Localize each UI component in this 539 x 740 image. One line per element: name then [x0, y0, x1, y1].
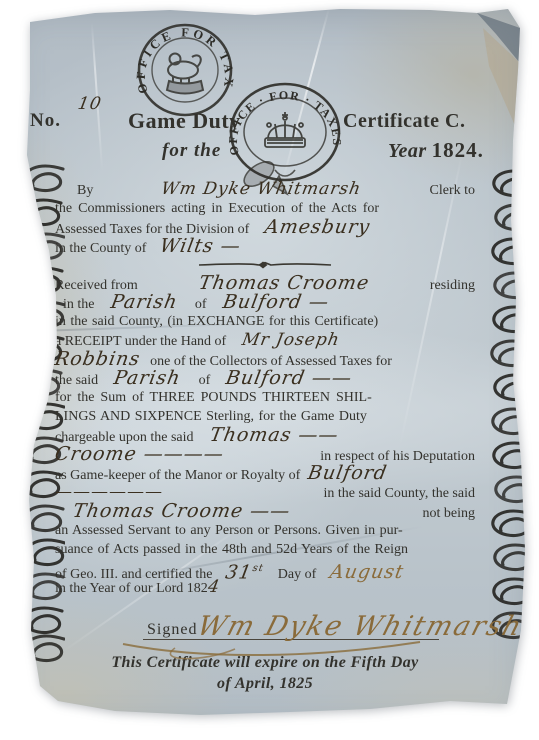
month-handwritten: August	[329, 563, 406, 582]
year-digit-handwritten: 4	[206, 578, 221, 597]
parish-line: in the Parish of Bulford —	[55, 293, 475, 312]
lion-crest-icon	[167, 54, 203, 94]
servant-text1: an Assessed Servant to any Person or Per…	[55, 521, 403, 540]
clerk-label: Clerk.	[524, 621, 539, 639]
collector-first-handwritten: Mr Joseph	[241, 331, 342, 350]
not-being-line: Thomas Croome —— not being	[55, 502, 475, 521]
signed-label: Signed	[147, 621, 197, 639]
year-word: Year	[388, 140, 427, 162]
county-line: in the County of Wilts —	[55, 237, 475, 256]
right-scrollwork-border	[486, 168, 534, 648]
residing-label: residing	[430, 276, 475, 295]
payer-first-handwritten: Thomas ——	[208, 426, 340, 445]
clerk-name-handwritten: Wm Dyke Whitmarsh	[92, 180, 432, 199]
clerk-to-label: Clerk to	[430, 181, 476, 200]
swelled-rule-icon	[195, 260, 335, 270]
not-being-text: not being	[423, 504, 476, 523]
certificate-body: By Wm Dyke Whitmarsh Clerk to the Commis…	[55, 180, 475, 694]
place2-handwritten: Bulford ——	[225, 369, 354, 388]
expiry-line2: of April, 1825	[55, 673, 475, 694]
day-suffix: st	[252, 563, 265, 574]
payer-last-handwritten: Croome ————	[53, 445, 225, 464]
parish-handwritten: Parish	[109, 293, 179, 312]
day-number: 31	[224, 561, 254, 583]
certificate-number-value: 10	[76, 94, 103, 114]
year-line: in the Year of our Lord 182 4	[55, 578, 475, 597]
clerk-signature: Wm Dyke Whitmarsh	[194, 611, 527, 642]
servant-line2: suance of Acts passed in the 48th and 52…	[55, 540, 475, 559]
certificate-class: Certificate C.	[343, 110, 466, 133]
gamekeeper-line: as Game-keeper of the Manor or Royalty o…	[55, 464, 475, 483]
subtitle-year: Year 1824.	[388, 138, 484, 163]
division-handwritten: Amesbury	[264, 218, 372, 237]
place-handwritten: Bulford —	[221, 293, 330, 312]
paper-sheet: OFFICE FOR TAXES OFFICE · FOR · TAXES	[0, 0, 539, 740]
servant-line1: an Assessed Servant to any Person or Per…	[55, 521, 475, 540]
subtitle-for-the: for the	[162, 140, 221, 162]
deputation-line: Croome ———— in respect of his Deputation	[55, 445, 475, 464]
day-handwritten: 31st	[224, 559, 265, 582]
by-label: By	[55, 181, 93, 200]
exchange-line: in the said County, (in EXCHANGE for thi…	[55, 312, 475, 331]
crown-icon	[265, 112, 305, 147]
payer-full-handwritten: Thomas Croome ——	[71, 502, 292, 521]
county-label: in the County of	[55, 239, 146, 258]
division-line: Assessed Taxes for the Division of Amesb…	[55, 218, 475, 237]
year-number: 1824.	[432, 138, 484, 162]
exchange-text: in the said County, (in EXCHANGE for thi…	[55, 312, 378, 331]
scanned-certificate: OFFICE FOR TAXES OFFICE · FOR · TAXES	[0, 0, 539, 740]
commissioners-line: the Commissioners acting in Execution of…	[55, 199, 475, 218]
clerk-line: By Wm Dyke Whitmarsh Clerk to	[55, 180, 475, 199]
signature-row: Signed Wm Dyke Whitmarsh Clerk.	[55, 599, 475, 639]
sum-text1: for the Sum of THREE POUNDS THIRTEEN SHI…	[55, 388, 372, 407]
county-handwritten: Wilts —	[159, 237, 243, 256]
certified-line: of Geo. III. and certified the 31st Day …	[55, 559, 475, 578]
signature-flourish-icon	[115, 640, 435, 662]
sum-line1: for the Sum of THREE POUNDS THIRTEEN SHI…	[55, 388, 475, 407]
county-said-text: in the said County, the said	[323, 484, 475, 503]
document-title: Game Duty	[128, 108, 241, 134]
year-text: in the Year of our Lord 182	[55, 579, 208, 598]
servant-text2: suance of Acts passed in the 48th and 52…	[55, 540, 408, 559]
day-of-label: Day of	[278, 565, 317, 584]
certificate-number-label: No.	[30, 110, 61, 132]
manor-handwritten: Bulford	[307, 464, 389, 483]
office-for-taxes-round-stamp: OFFICE FOR TAXES	[133, 20, 237, 120]
parish2-handwritten: Parish	[112, 369, 182, 388]
said-parish-line: the said Parish of Bulford ——	[55, 369, 475, 388]
